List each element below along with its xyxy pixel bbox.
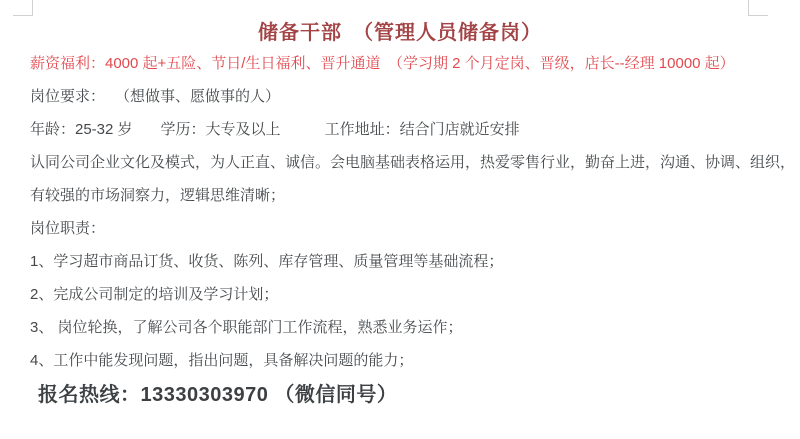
hotline-line: 报名热线：13330303970 （微信同号） xyxy=(30,376,770,409)
requirements-label: 岗位要求： xyxy=(30,85,105,106)
duty-item-3: 3、 岗位轮换，了解公司各个职能部门工作流程，熟悉业务运作； xyxy=(30,310,770,343)
duty-item-2: 2、完成公司制定的培训及学习计划； xyxy=(30,277,770,310)
requirements-header-line: 岗位要求： （想做事、愿做事的人） xyxy=(30,79,770,112)
work-location-info: 工作地址：结合门店就近安排 xyxy=(325,118,520,139)
duties-label: 岗位职责： xyxy=(30,211,770,244)
requirement-detail-line-1: 认同公司企业文化及模式，为人正直、诚信。会电脑基础表格运用，热爱零售行业，勤奋上… xyxy=(30,145,770,178)
duty-item-1: 1、学习超市商品订货、收货、陈列、库存管理、质量管理等基础流程； xyxy=(30,244,770,277)
age-info: 年龄：25-32 岁 xyxy=(30,118,133,139)
requirement-detail-line-2: 有较强的市场洞察力，逻辑思维清晰； xyxy=(30,178,770,211)
document-page: 储备干部 （管理人员储备岗） 薪资福利：4000 起+五险、节日/生日福利、晋升… xyxy=(0,0,800,439)
education-info: 学历：大专及以上 xyxy=(161,118,281,139)
job-title: 储备干部 （管理人员储备岗） xyxy=(30,14,770,46)
salary-benefits-line: 薪资福利：4000 起+五险、节日/生日福利、晋升通道 （学习期 2 个月定岗、… xyxy=(30,46,770,79)
hotline-text: 报名热线：13330303970 （微信同号） xyxy=(30,378,397,407)
requirements-note: （想做事、愿做事的人） xyxy=(115,85,280,106)
document-content: 储备干部 （管理人员储备岗） 薪资福利：4000 起+五险、节日/生日福利、晋升… xyxy=(0,14,800,409)
duty-item-4: 4、工作中能发现问题，指出问题，具备解决问题的能力； xyxy=(30,343,770,376)
basic-info-line: 年龄：25-32 岁 学历：大专及以上 工作地址：结合门店就近安排 xyxy=(30,112,770,145)
